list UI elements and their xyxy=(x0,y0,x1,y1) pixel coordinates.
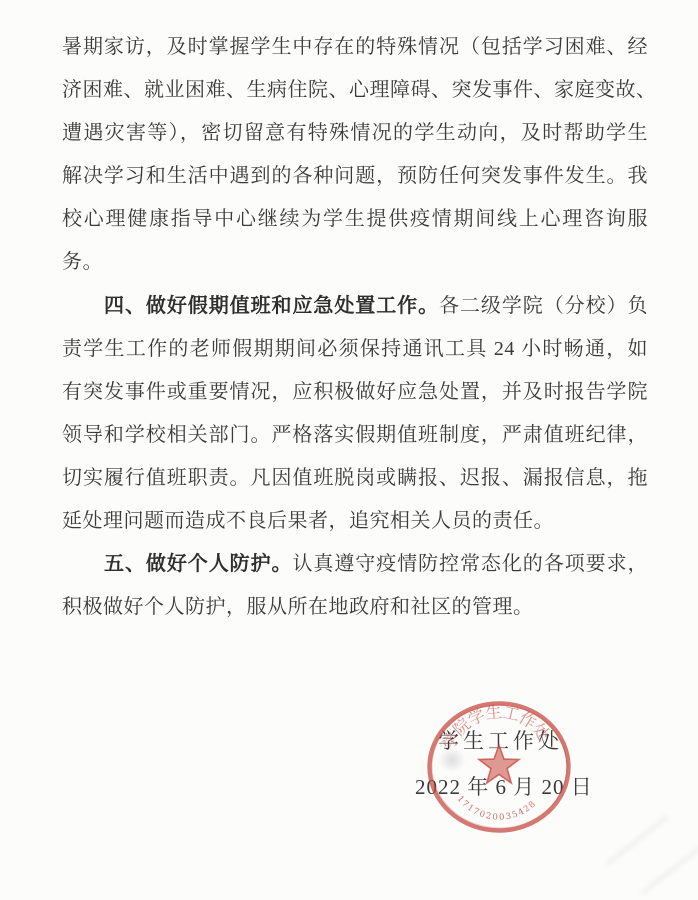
scan-streak xyxy=(640,846,698,895)
signature-date: 2022 年 6 月 20 日 xyxy=(415,771,593,801)
document-line: 责学生工作的老师假期期间必须保持通讯工具 24 小时畅通，如 xyxy=(62,328,648,371)
document-line: 切实履行值班职责。凡因值班脱岗或瞒报、迟报、漏报信息，拖 xyxy=(62,457,648,500)
document-line: 务。 xyxy=(62,241,648,284)
document-line: 领导和学校相关部门。严格落实假期值班制度，严肃值班纪律， xyxy=(62,414,648,457)
document-line-text: 各二级学院（分校）负 xyxy=(439,295,648,317)
document-line: 暑期家访，及时掌握学生中存在的特殊情况（包括学习困难、经 xyxy=(62,26,648,69)
section-heading-5-line: 五、做好个人防护。认真遵守疫情防控常态化的各项要求， xyxy=(62,543,648,586)
document-body: 暑期家访，及时掌握学生中存在的特殊情况（包括学习困难、经 济困难、就业困难、生病… xyxy=(62,26,648,629)
section-heading-4: 四、做好假期值班和应急处置工作。 xyxy=(104,295,439,317)
document-page: { "colors": { "seal_red": "#c5473d", "te… xyxy=(0,0,698,900)
document-line: 积极做好个人防护，服从所在地政府和社区的管理。 xyxy=(62,586,648,629)
document-line: 延处理问题而造成不良后果者，追究相关人员的责任。 xyxy=(62,500,648,543)
section-heading-4-line: 四、做好假期值班和应急处置工作。各二级学院（分校）负 xyxy=(62,285,648,328)
document-line: 解决学习和生活中遇到的各种问题，预防任何突发事件发生。我 xyxy=(62,155,648,198)
scan-streak xyxy=(605,815,670,867)
document-line: 有突发事件或重要情况，应积极做好应急处置，并及时报告学院 xyxy=(62,371,648,414)
section-heading-5: 五、做好个人防护。 xyxy=(104,553,292,575)
document-line: 遭遇灾害等），密切留意有特殊情况的学生动向，及时帮助学生 xyxy=(62,112,648,155)
document-line: 济困难、就业困难、生病住院、心理障碍、突发事件、家庭变故、 xyxy=(62,69,648,112)
document-line-text: 认真遵守疫情防控常态化的各项要求， xyxy=(292,553,648,575)
signature-office: 学生工作处 xyxy=(438,725,563,755)
document-line: 校心理健康指导中心继续为学生提供疫情期间线上心理咨询服 xyxy=(62,198,648,241)
